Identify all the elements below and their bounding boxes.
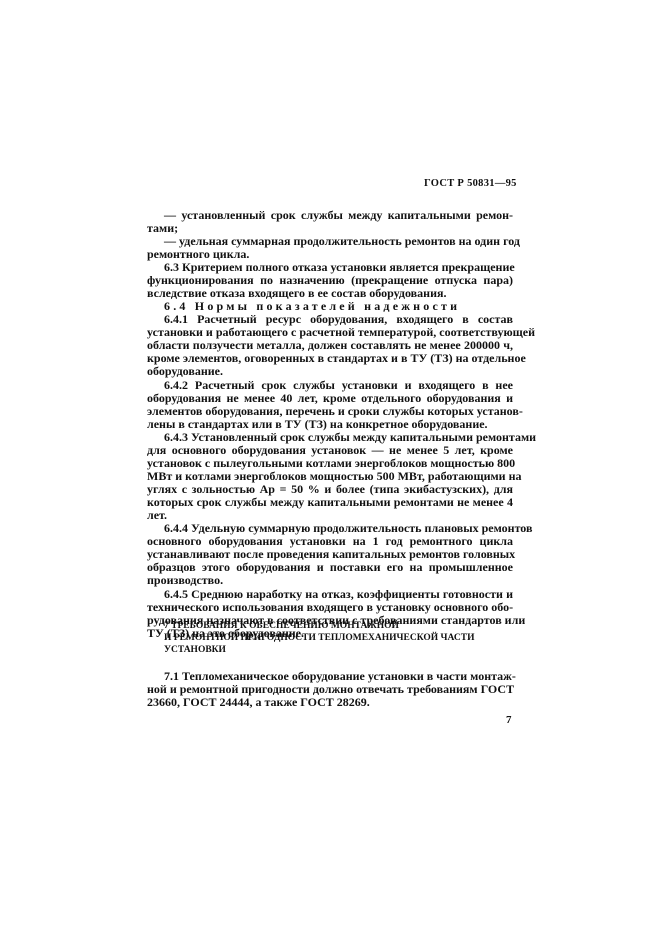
document-code-header: ГОСТ Р 50831—95 — [424, 178, 517, 189]
text-line: — установленный срок службы между капита… — [164, 209, 513, 222]
section-heading-line: И РЕМОНТНОЙ ПРИГОДНОСТИ ТЕПЛОМЕХАНИЧЕСКО… — [164, 632, 474, 644]
text-line: оборудование. — [147, 365, 513, 378]
document-page: ГОСТ Р 50831—95 — установленный срок слу… — [0, 0, 661, 935]
section-heading-line: УСТАНОВКИ — [164, 644, 226, 656]
text-line: производство. — [147, 574, 513, 587]
text-line: 23660, ГОСТ 24444, а также ГОСТ 28269. — [147, 696, 513, 709]
text-line: которых срок службы между капитальными р… — [147, 496, 513, 509]
page-number: 7 — [506, 714, 512, 726]
section-heading-line: 7 ТРЕБОВАНИЯ К ОБЕСПЕЧЕНИЮ МОНТАЖНОЙ — [164, 620, 399, 632]
